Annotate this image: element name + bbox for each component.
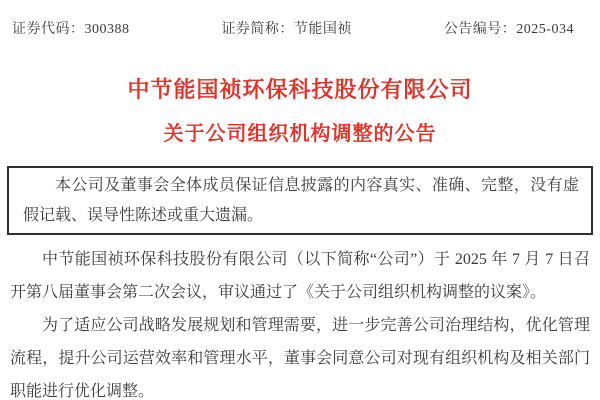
stock-short-name: 证券简称：节能国祯 [221,18,352,38]
disclaimer-text: 本公司及董事会全体成员保证信息披露的内容真实、准确、完整，没有虚假记载、误导性陈… [23,171,579,231]
body-paragraph-1: 中节能国祯环保科技股份有限公司（以下简称“公司”）于 2025 年 7 月 7 … [10,243,590,309]
stock-code: 证券代码：300388 [12,18,130,38]
disclaimer-box: 本公司及董事会全体成员保证信息披露的内容真实、准确、完整，没有虚假记载、误导性陈… [7,166,593,235]
document-header: 证券代码：300388 证券简称：节能国祯 公告编号：2025-034 [0,0,600,38]
announcement-body: 中节能国祯环保科技股份有限公司（以下简称“公司”）于 2025 年 7 月 7 … [10,243,590,400]
body-paragraph-2: 为了适应公司战略发展规划和管理需要，进一步完善公司治理结构，优化管理流程，提升公… [10,309,590,400]
announcement-document: 证券代码：300388 证券简称：节能国祯 公告编号：2025-034 中节能国… [0,0,600,400]
announcement-subject-title: 关于公司组织机构调整的公告 [0,120,600,148]
company-name-title: 中节能国祯环保科技股份有限公司 [0,76,600,104]
announcement-number: 公告编号：2025-034 [444,18,574,38]
